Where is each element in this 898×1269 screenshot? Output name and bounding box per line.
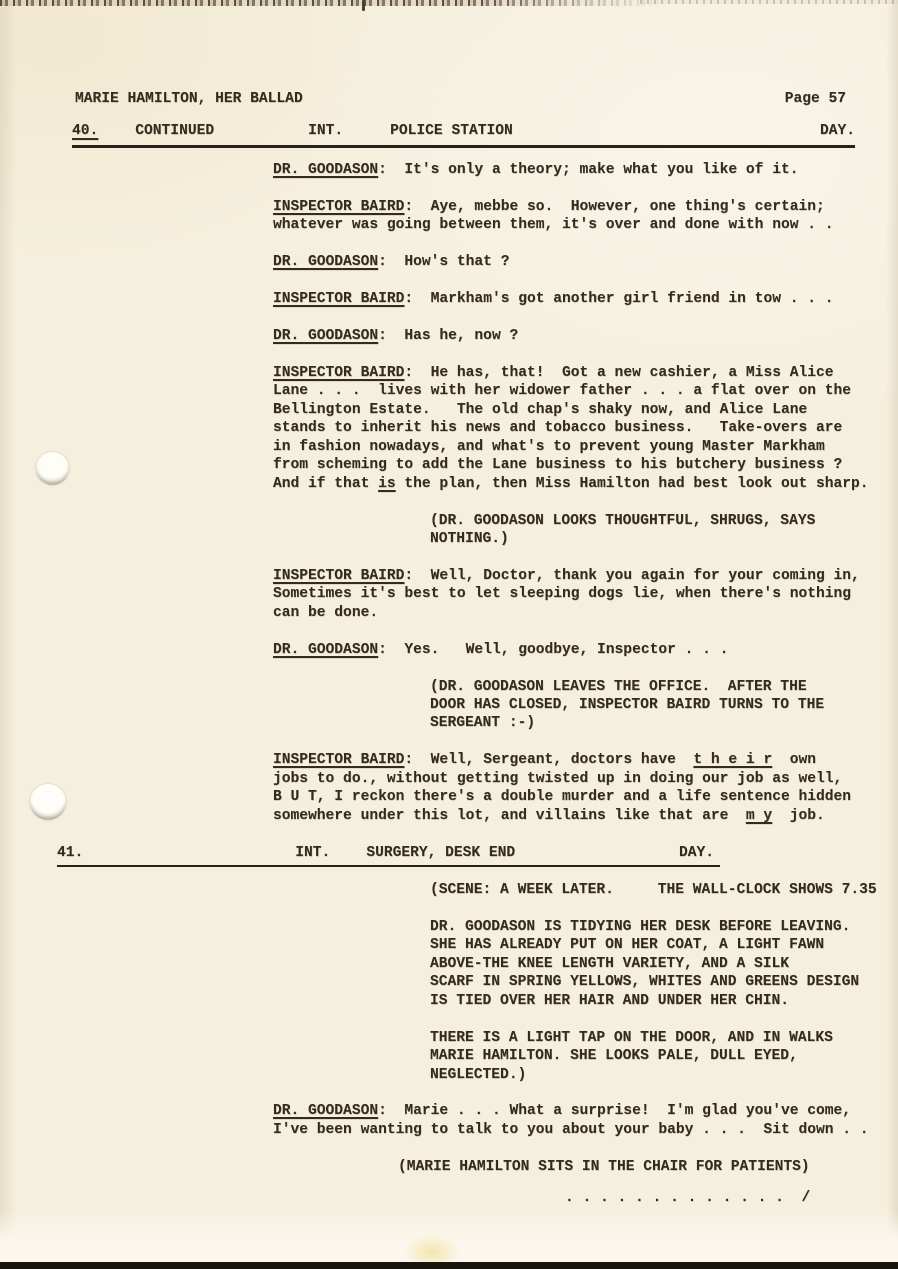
dialogue-line: INSPECTOR BAIRD: Markham's got another g…: [0, 290, 898, 308]
direction-line: MARIE HAMILTON. SHE LOOKS PALE, DULL EYE…: [0, 1047, 898, 1065]
scene-number: 40.: [72, 122, 98, 140]
paper-edge-top: [0, 0, 665, 6]
page-header: MARIE HAMILTON, HER BALLAD Page 57: [75, 91, 846, 107]
paper-edge-tick: [362, 0, 365, 11]
continuation-dots: . . . . . . . . . . . . . /: [0, 1189, 898, 1207]
dialogue-line: whatever was going between them, it's ov…: [0, 216, 898, 234]
scene-41-heading: 41. INT. SURGERY, DESK END DAY.: [57, 844, 720, 867]
scene-location: SURGERY, DESK END: [366, 844, 515, 862]
direction-line: ABOVE-THE KNEE LENGTH VARIETY, AND A SIL…: [0, 955, 898, 973]
direction-line: IS TIED OVER HER HAIR AND UNDER HER CHIN…: [0, 992, 898, 1010]
speaker-name: INSPECTOR BAIRD: [273, 365, 404, 381]
dialogue-line: in fashion nowadays, and what's to preve…: [0, 438, 898, 456]
dialogue-line: somewhere under this lot, and villains l…: [0, 807, 898, 825]
direction-line: SHE HAS ALREADY PUT ON HER COAT, A LIGHT…: [0, 936, 898, 954]
speaker-name: INSPECTOR BAIRD: [273, 752, 404, 768]
speaker-name: DR. GOODASON: [273, 254, 378, 270]
dialogue-line: DR. GOODASON: Marie . . . What a surpris…: [0, 1102, 898, 1120]
dialogue-line: INSPECTOR BAIRD: Aye, mebbe so. However,…: [0, 198, 898, 216]
dialogue-line: from scheming to add the Lane business t…: [0, 456, 898, 474]
speaker-name: DR. GOODASON: [273, 162, 378, 178]
direction-line: (DR. GOODASON LOOKS THOUGHTFUL, SHRUGS, …: [0, 512, 898, 530]
direction-line: THERE IS A LIGHT TAP ON THE DOOR, AND IN…: [0, 1029, 898, 1047]
speaker-name: INSPECTOR BAIRD: [273, 199, 404, 215]
scene-interior-label: INT.: [308, 122, 343, 140]
dialogue-line: DR. GOODASON: Has he, now ?: [0, 327, 898, 345]
dialogue-line: stands to inherit his news and tobacco b…: [0, 419, 898, 437]
direction-line: NEGLECTED.): [0, 1066, 898, 1084]
page-number: Page 57: [785, 91, 846, 107]
scene-continued-label: CONTINUED: [135, 122, 214, 140]
scene-40-heading: 40. CONTINUED INT. POLICE STATION DAY.: [72, 122, 855, 148]
speaker-name: INSPECTOR BAIRD: [273, 291, 404, 307]
dialogue-line: can be done.: [0, 604, 898, 622]
paper-edge-top-right: [640, 0, 898, 4]
dialogue-line: INSPECTOR BAIRD: He has, that! Got a new…: [0, 364, 898, 382]
scene-41-content: (SCENE: A WEEK LATER. THE WALL-CLOCK SHO…: [0, 881, 898, 1195]
direction-line: DR. GOODASON IS TIDYING HER DESK BEFORE …: [0, 918, 898, 936]
dialogue-line: Sometimes it's best to let sleeping dogs…: [0, 585, 898, 603]
dialogue-line: DR. GOODASON: How's that ?: [0, 253, 898, 271]
direction-line: SCARF IN SPRING YELLOWS, WHITES AND GREE…: [0, 973, 898, 991]
dialogue-line: INSPECTOR BAIRD: Well, Doctor, thank you…: [0, 567, 898, 585]
scene-location: POLICE STATION: [390, 122, 513, 140]
speaker-name: DR. GOODASON: [273, 328, 378, 344]
dialogue-line: Lane . . . lives with her widower father…: [0, 382, 898, 400]
script-page: MARIE HAMILTON, HER BALLAD Page 57 40. C…: [0, 0, 898, 1269]
page-title: MARIE HAMILTON, HER BALLAD: [75, 91, 303, 107]
speaker-name: DR. GOODASON: [273, 642, 378, 658]
speaker-name: INSPECTOR BAIRD: [273, 568, 404, 584]
dialogue-line: jobs to do., without getting twisted up …: [0, 770, 898, 788]
direction-line: SERGEANT :-): [0, 714, 898, 732]
scene-time: DAY.: [820, 122, 855, 140]
dialogue-line: DR. GOODASON: Yes. Well, goodbye, Inspec…: [0, 641, 898, 659]
direction-line: DOOR HAS CLOSED, INSPECTOR BAIRD TURNS T…: [0, 696, 898, 714]
dialogue-line: And if that is the plan, then Miss Hamil…: [0, 475, 898, 493]
scene-interior-label: INT.: [295, 844, 330, 862]
direction-line: (MARIE HAMILTON SITS IN THE CHAIR FOR PA…: [0, 1158, 898, 1176]
dialogue-line: INSPECTOR BAIRD: Well, Sergeant, doctors…: [0, 751, 898, 769]
direction-line: NOTHING.): [0, 530, 898, 548]
scene-number: 41.: [57, 844, 83, 862]
paper-edge-bottom: [0, 1262, 898, 1269]
dialogue-line: DR. GOODASON: It's only a theory; make w…: [0, 161, 898, 179]
speaker-name: DR. GOODASON: [273, 1103, 378, 1119]
script-body: DR. GOODASON: It's only a theory; make w…: [0, 161, 898, 1207]
direction-line: (SCENE: A WEEK LATER. THE WALL-CLOCK SHO…: [0, 881, 898, 899]
scene-time: DAY.: [679, 844, 714, 862]
dialogue-line: I've been wanting to talk to you about y…: [0, 1121, 898, 1139]
dialogue-line: Bellington Estate. The old chap's shaky …: [0, 401, 898, 419]
scene-40-content: DR. GOODASON: It's only a theory; make w…: [0, 161, 898, 844]
dialogue-line: B U T, I reckon there's a double murder …: [0, 788, 898, 806]
direction-line: (DR. GOODASON LEAVES THE OFFICE. AFTER T…: [0, 678, 898, 696]
